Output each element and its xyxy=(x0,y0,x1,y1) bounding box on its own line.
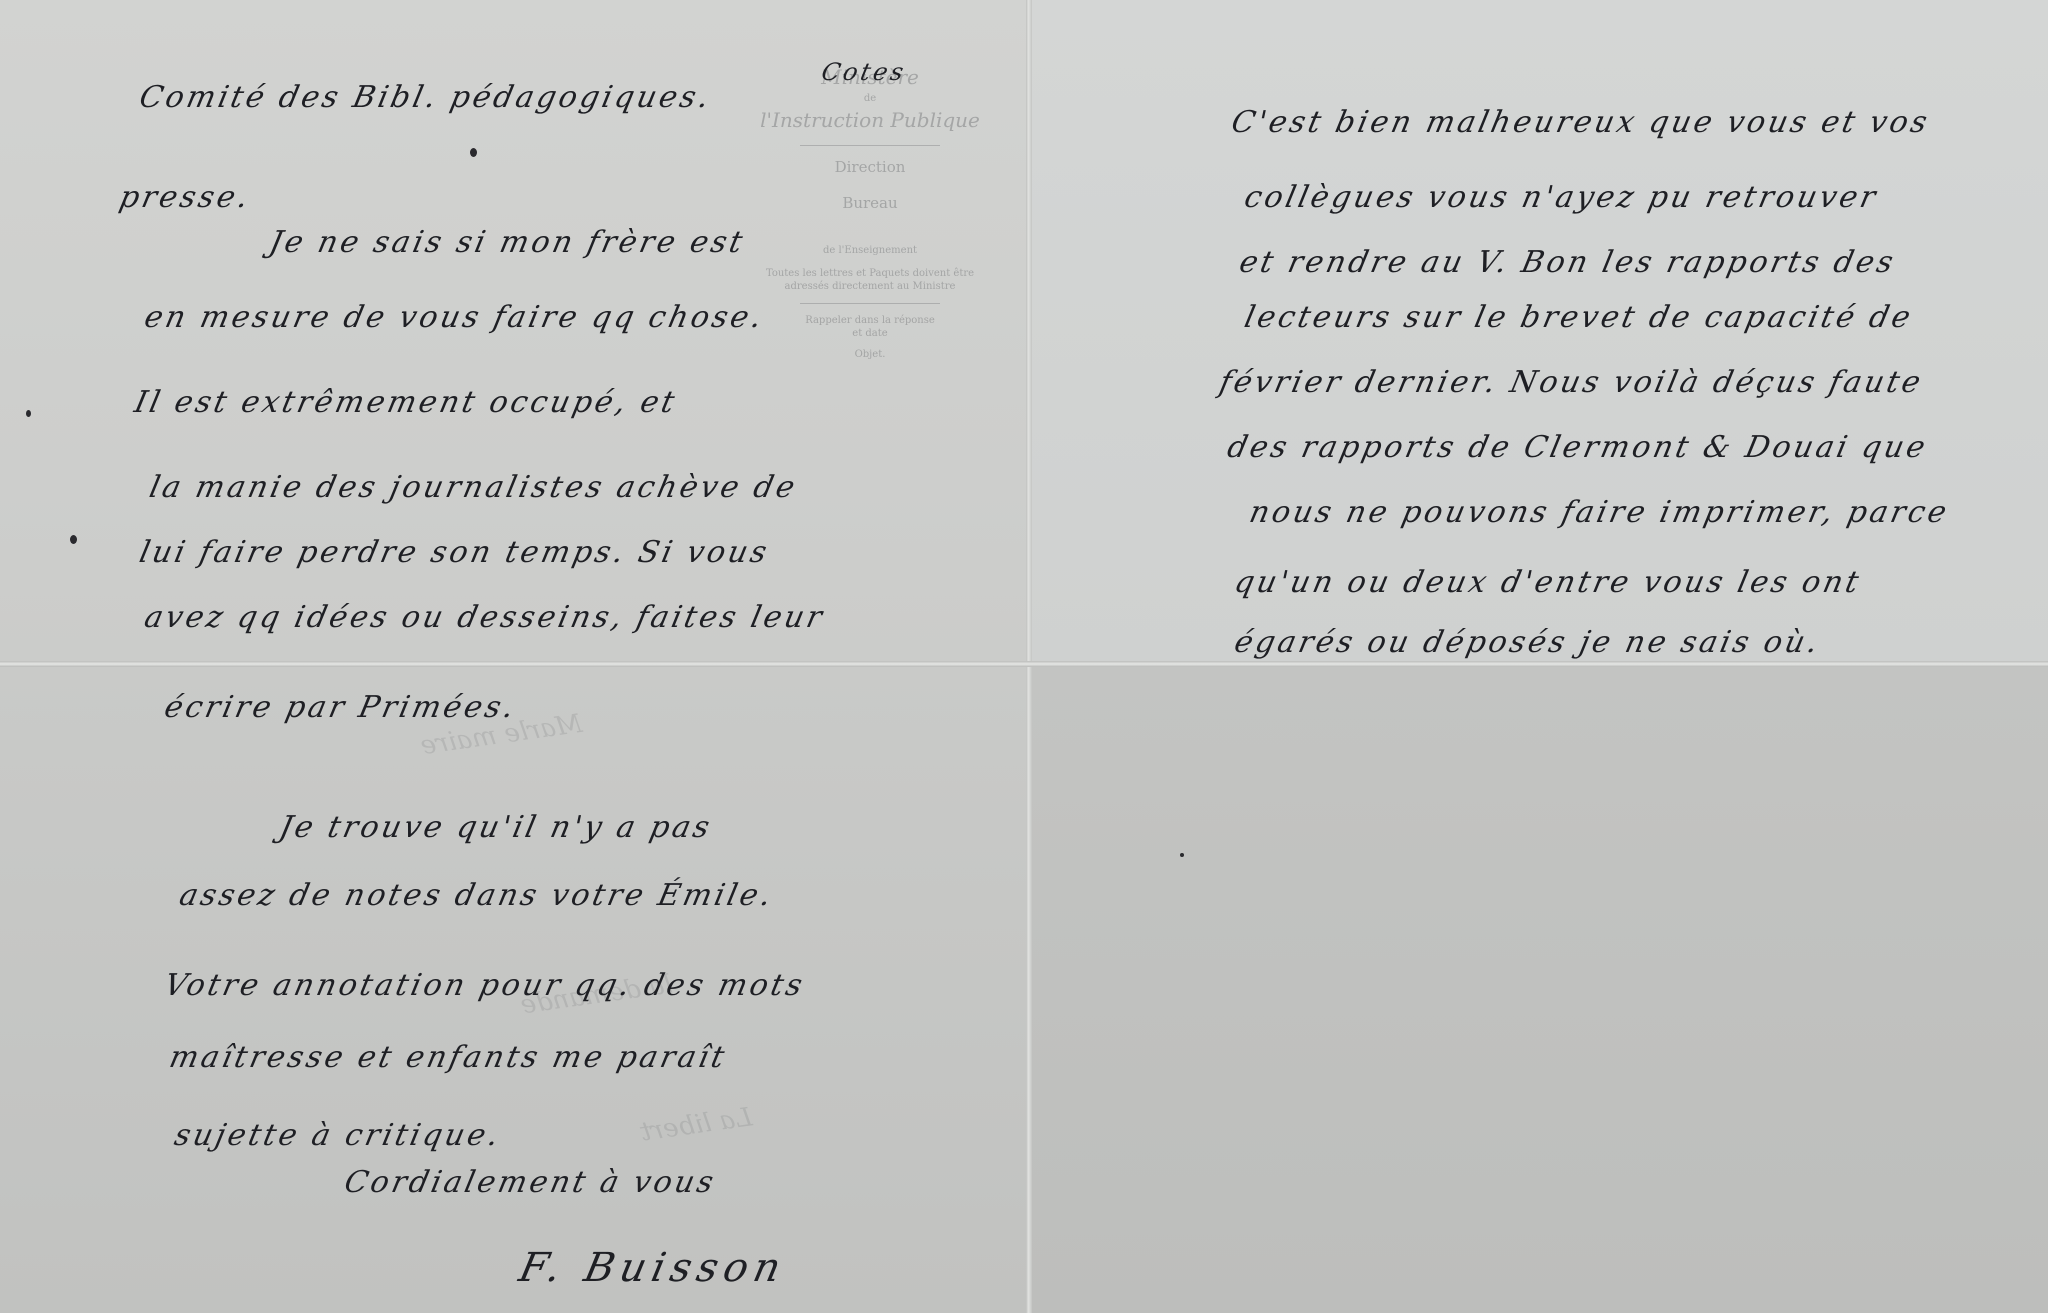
left-line-5: Il est extrêmement occupé, et xyxy=(131,385,680,420)
left-line-2: presse. xyxy=(116,180,254,215)
right-line-5: février dernier. Nous voilà déçus faute xyxy=(1216,365,1926,400)
right-line-1: C'est bien malheureux que vous et vos xyxy=(1228,105,1933,140)
letterhead-notice-2: adressés directement au Ministre xyxy=(740,280,1000,293)
letterhead-rule xyxy=(800,145,940,146)
letterhead-bureau: Bureau xyxy=(740,192,1000,214)
ink-spot xyxy=(26,410,31,417)
right-line-4: lecteurs sur le brevet de capacité de xyxy=(1241,300,1916,335)
letterhead-enseignement: de l'Enseignement xyxy=(740,244,1000,257)
letterhead-instruction-publique: l'Instruction Publique xyxy=(740,105,1000,135)
panel-lower-right xyxy=(1030,664,2048,1313)
left-line-4: en mesure de vous faire qq chose. xyxy=(141,300,767,335)
letterhead-date-ref: et date xyxy=(740,327,1000,340)
left-line-13: maîtresse et enfants me paraît xyxy=(166,1040,730,1075)
right-line-3: et rendre au V. Bon les rapports des xyxy=(1236,245,1899,280)
left-line-6: la manie des journalistes achève de xyxy=(146,470,800,505)
ministry-letterhead: Ministère de l'Instruction Publique Dire… xyxy=(740,62,1000,361)
right-line-6: des rapports de Clermont & Douai que xyxy=(1224,430,1931,465)
left-line-7: lui faire perdre son temps. Si vous xyxy=(136,535,773,570)
letter-sheet: Marle maire la demande La libert Ministè… xyxy=(0,0,2048,1313)
left-line-11: assez de notes dans votre Émile. xyxy=(176,878,777,913)
signature: F. Buisson xyxy=(515,1245,791,1291)
letterhead-rule-2 xyxy=(800,303,940,304)
left-line-9: écrire par Primées. xyxy=(161,690,520,725)
right-line-2: collègues vous n'ayez pu retrouver xyxy=(1241,180,1881,215)
right-line-8: qu'un ou deux d'entre vous les ont xyxy=(1231,565,1864,600)
letterhead-de: de xyxy=(740,92,1000,105)
left-line-10: Je trouve qu'il n'y a pas xyxy=(276,810,715,845)
letterhead-notice-1: Toutes les lettres et Paquets doivent êt… xyxy=(740,267,1000,280)
ink-spot xyxy=(70,535,77,544)
horizontal-fold-crease xyxy=(0,661,2048,667)
left-line-12: Votre annotation pour qq. des mots xyxy=(161,968,808,1003)
margin-note: Cotes xyxy=(819,58,909,86)
right-line-7: nous ne pouvons faire imprimer, parce xyxy=(1246,495,1952,530)
ink-spot xyxy=(470,148,477,157)
left-line-1: Comité des Bibl. pédagogiques. xyxy=(136,80,715,115)
left-line-15-closing: Cordialement à vous xyxy=(341,1165,719,1200)
left-line-8: avez qq idées ou desseins, faites leur xyxy=(141,600,828,635)
letterhead-direction: Direction xyxy=(740,156,1000,178)
letterhead-object: Objet. xyxy=(740,348,1000,361)
right-line-9: égarés ou déposés je ne sais où. xyxy=(1231,625,1823,660)
left-line-14: sujette à critique. xyxy=(171,1118,504,1153)
left-line-3: Je ne sais si mon frère est xyxy=(266,225,748,260)
vertical-fold-crease xyxy=(1026,0,1032,1313)
letterhead-reply-ref: Rappeler dans la réponse xyxy=(740,314,1000,327)
ink-spot xyxy=(1180,853,1184,857)
